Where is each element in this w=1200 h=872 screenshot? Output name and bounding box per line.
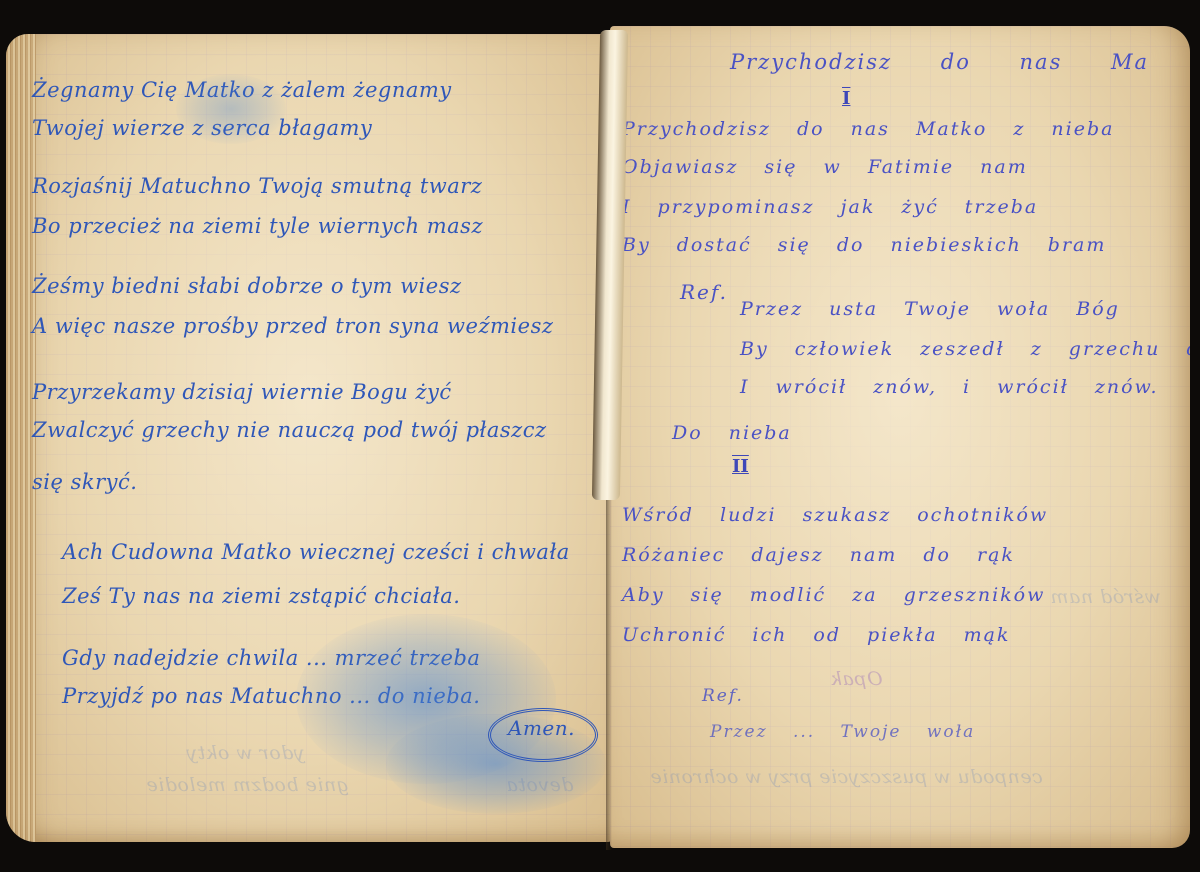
bleed-through-text: gnie bodzm melodie [146, 774, 349, 796]
refrain-end: Do nieba [672, 422, 792, 444]
amen-text: Amen. [508, 716, 575, 740]
refrain-line-2: By człowiek zeszedł z grzechu dróg [740, 338, 1190, 360]
bleed-through-text: devota [506, 774, 574, 796]
song-title: Przychodzisz do nas Ma [730, 50, 1149, 74]
ink-blot [176, 74, 286, 144]
verse-2-line-2: Różaniec dajesz nam do rąk [622, 544, 1015, 566]
verse-2-line-4: Uchronić ich od piekła mąk [622, 624, 1010, 646]
bleed-through-text: wśród nam [1050, 586, 1161, 608]
verse-1-marker: I [842, 88, 850, 109]
verse-1-line-2: Objawiasz się w Fatimie nam [622, 156, 1028, 178]
left-line-3: Rozjaśnij Matuchno Twoją smutną twarz [32, 174, 482, 198]
right-page: Przychodzisz do nas Ma I Przychodzisz do… [610, 26, 1190, 848]
verse-2-marker: II [732, 456, 749, 477]
bleed-through-text: Opak [830, 668, 883, 690]
left-line-5: Żeśmy biedni słabi dobrze o tym wiesz [32, 274, 462, 298]
left-line-8: Zwalczyć grzechy nie nauczą pod twój pła… [32, 418, 547, 442]
bleed-through-text: ydor w okty [186, 742, 305, 764]
refrain-label: Ref. [680, 280, 728, 304]
left-line-7: Przyrzekamy dzisiaj wiernie Bogu żyć [32, 380, 452, 404]
verse-1-line-4: By dostać się do niebieskich bram [622, 234, 1106, 256]
verse-2-line-1: Wśród ludzi szukasz ochotników [622, 504, 1048, 526]
left-line-11: Ześ Ty nas na ziemi zstąpić chciała. [62, 584, 460, 608]
bleed-through-text: cenpodu w puszczycie przy w ochronie [650, 766, 1043, 788]
verse-1-line-3: I przypominasz jak żyć trzeba [622, 196, 1038, 218]
left-line-10: Ach Cudowna Matko wiecznej cześci i chwa… [62, 540, 570, 564]
left-line-9: się skryć. [32, 470, 137, 494]
refrain-2-partial: Przez ... Twoje woła [710, 722, 975, 742]
left-line-6: A więc nasze prośby przed tron syna weźm… [32, 314, 553, 338]
left-line-4: Bo przecież na ziemi tyle wiernych masz [32, 214, 483, 238]
refrain-line-3: I wrócił znów, i wrócił znów. [740, 376, 1159, 398]
refrain-2-label: Ref. [702, 686, 744, 706]
verse-1-line-1: Przychodzisz do nas Matko z nieba [622, 118, 1114, 140]
verse-2-line-3: Aby się modlić za grzeszników [622, 584, 1045, 606]
refrain-line-1: Przez usta Twoje woła Bóg [740, 298, 1120, 320]
